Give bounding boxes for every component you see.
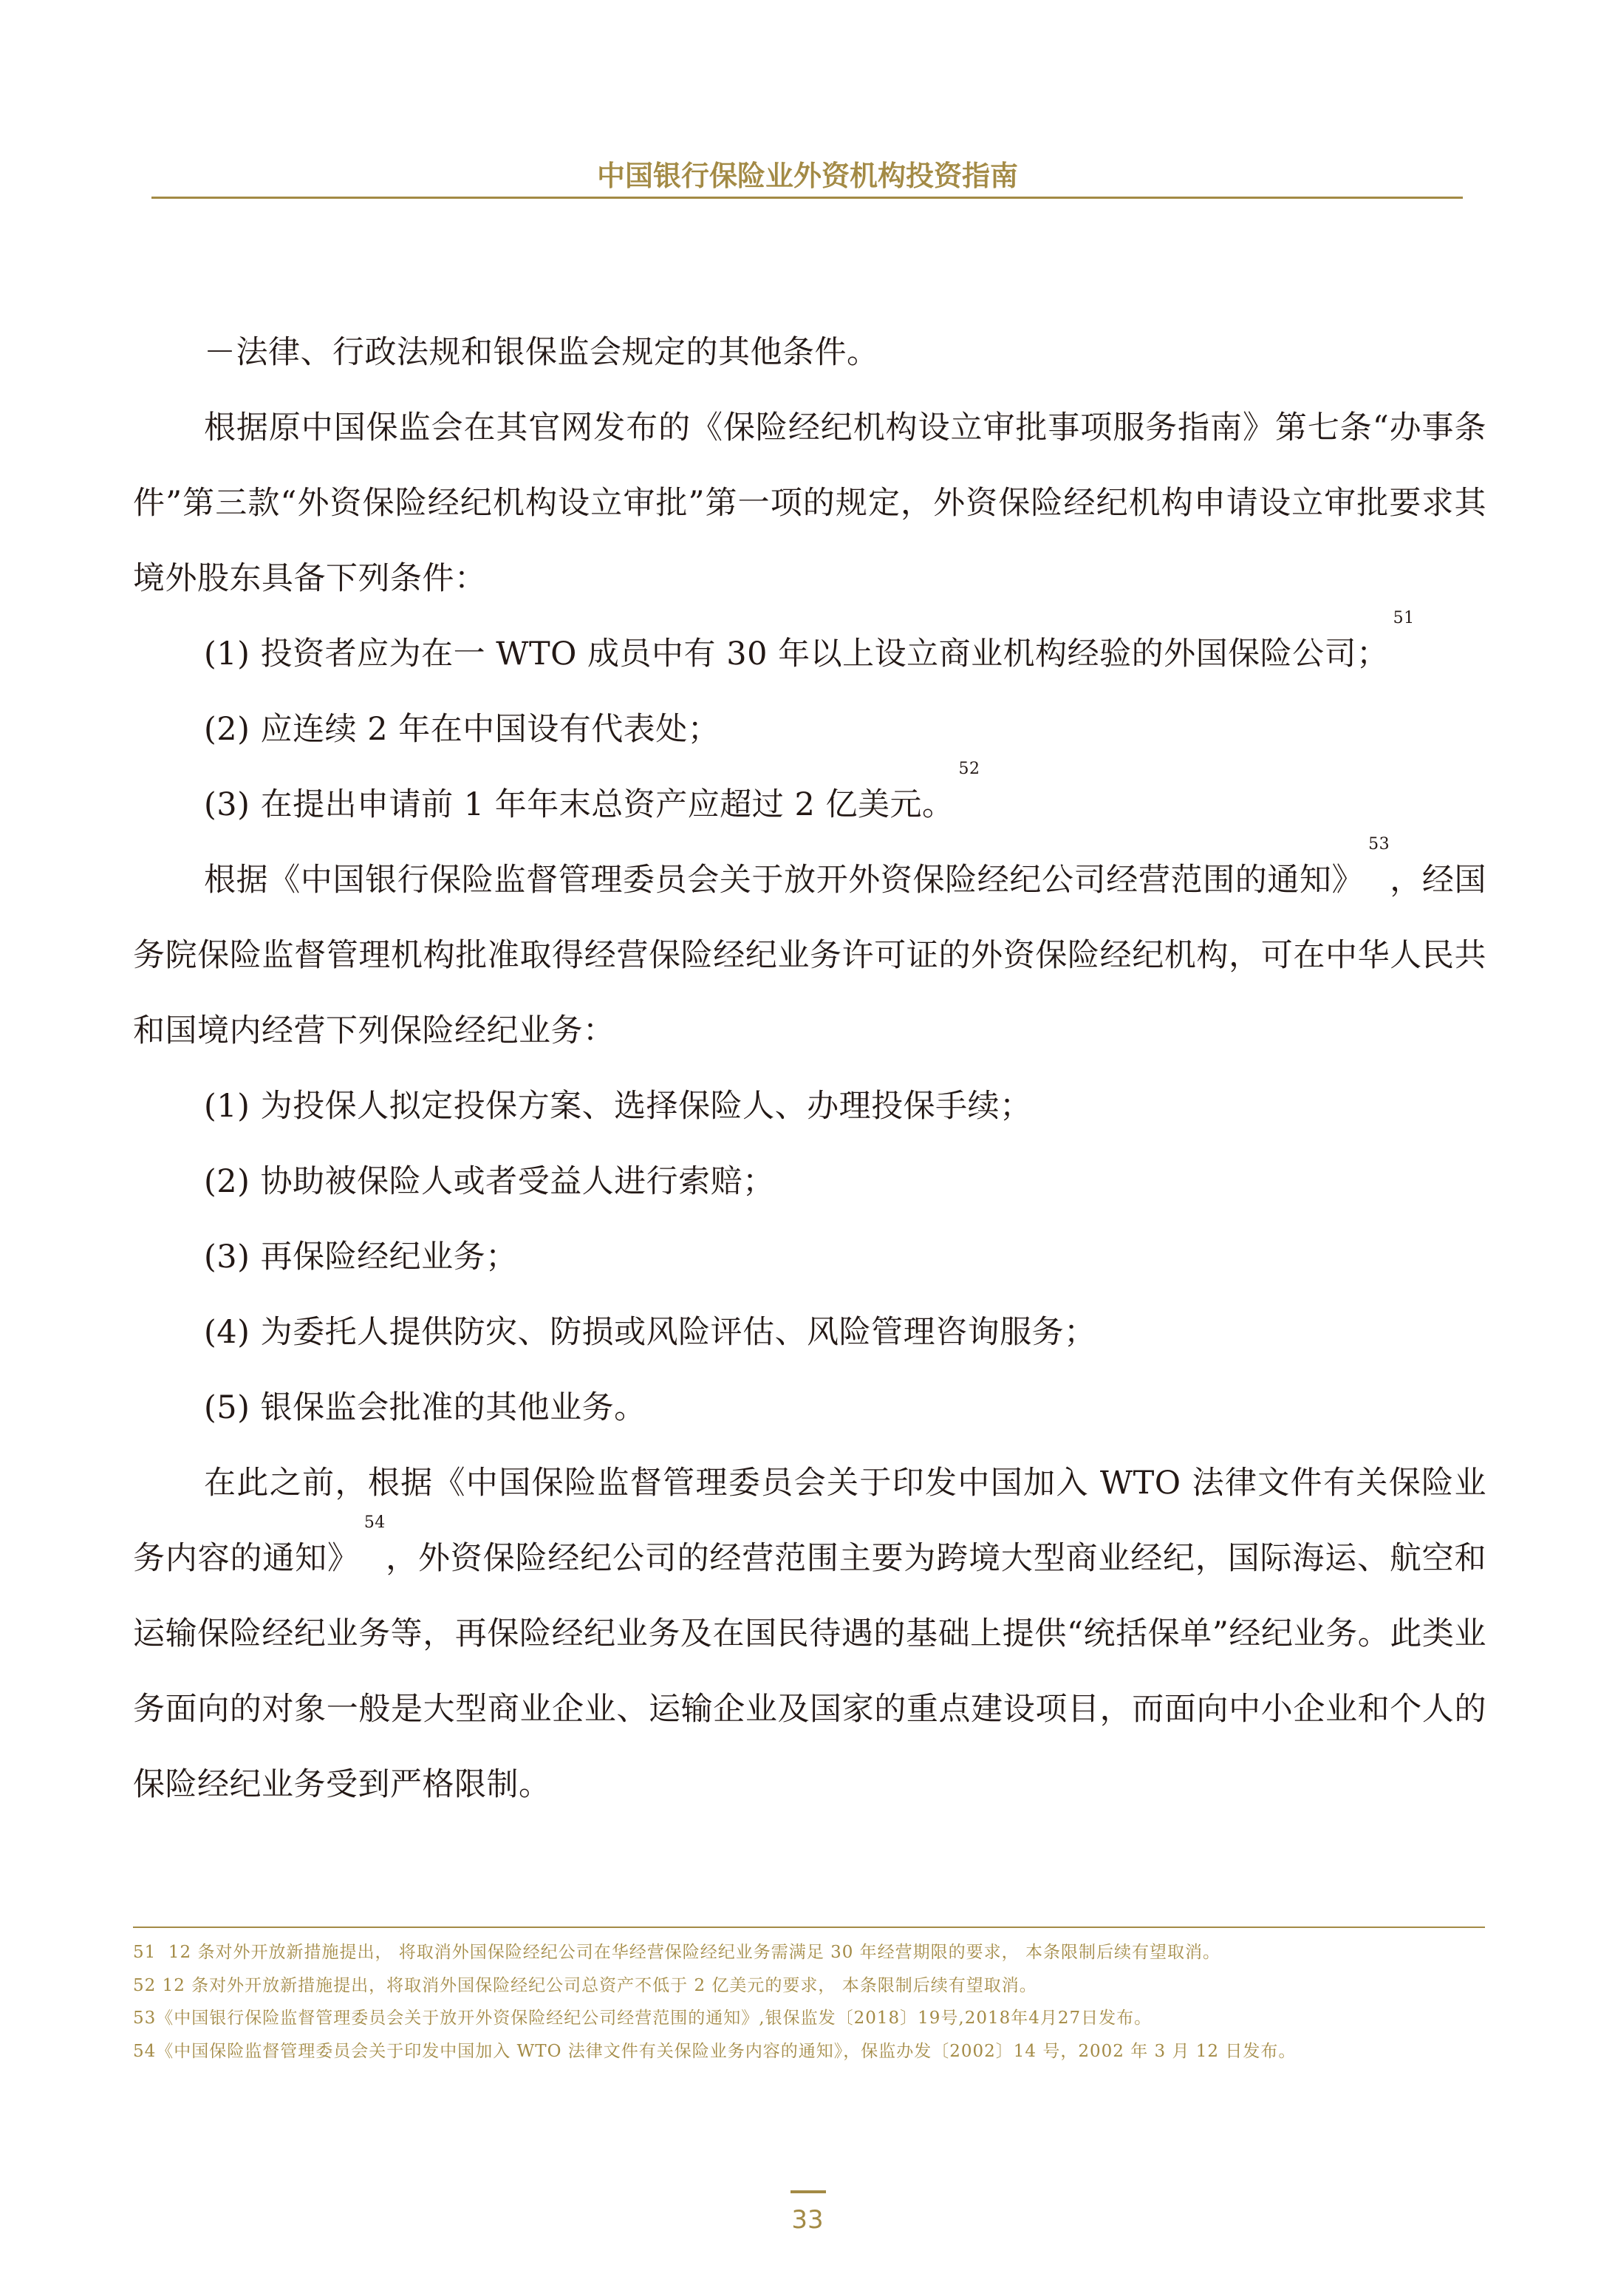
footnote-number: 53 (133, 2009, 156, 2028)
footnote-ref-54[interactable]: 54 (364, 1513, 386, 1532)
footnote-text: 12 条对外开放新措施提出，将取消外国保险经纪公司总资产不低于 2 亿美元的要求… (163, 1976, 1037, 1995)
list-item-condition-2: (2) 应连续 2 年在中国设有代表处； (133, 692, 1486, 767)
page-number-bar (791, 2190, 826, 2193)
running-header-title: 中国银行保险业外资机构投资指南 (0, 154, 1615, 198)
footnote-ref-53[interactable]: 53 (1368, 835, 1390, 854)
paragraph-text: (4) 为委托人提供防灾、防损或风险评估、风险管理咨询服务； (204, 1314, 1096, 1351)
paragraph-text: (3) 在提出申请前 1 年年末总资产应超过 2 亿美元。 (204, 786, 954, 823)
footnote-text: 《中国银行保险监督管理委员会关于放开外资保险经纪公司经营范围的通知》,银保监发〔… (156, 2009, 1152, 2028)
paragraph-text: (2) 应连续 2 年在中国设有代表处； (204, 711, 720, 748)
footnotes: 51 12 条对外开放新措施提出， 将取消外国保险经纪公司在华经营保险经纪业务需… (133, 1936, 1485, 2068)
footnote-text: 《中国保险监督管理委员会关于印发中国加入 WTO 法律文件有关保险业务内容的通知… (156, 2042, 1296, 2061)
list-item-business-1: (1) 为投保人拟定投保方案、选择保险人、办理投保手续； (133, 1069, 1486, 1144)
footnote-54: 54《中国保险监督管理委员会关于印发中国加入 WTO 法律文件有关保险业务内容的… (133, 2035, 1485, 2068)
footnote-divider (133, 1927, 1485, 1928)
footnote-ref-52[interactable]: 52 (958, 760, 980, 778)
paragraph-text: 根据《中国银行保险监督管理委员会关于放开外资保险经纪公司经营范围的通知》 (204, 862, 1364, 899)
paragraph-text: (1) 为投保人拟定投保方案、选择保险人、办理投保手续； (204, 1088, 1032, 1125)
paragraph-text: 根据原中国保监会在其官网发布的《保险经纪机构设立审批事项服务指南》第七条“办事条… (133, 409, 1486, 597)
footnote-51: 51 12 条对外开放新措施提出， 将取消外国保险经纪公司在华经营保险经纪业务需… (133, 1936, 1485, 1969)
footnote-53: 53《中国银行保险监督管理委员会关于放开外资保险经纪公司经营范围的通知》,银保监… (133, 2002, 1485, 2035)
list-item-business-5: (5) 银保监会批准的其他业务。 (133, 1370, 1486, 1445)
page-number: 33 (0, 2204, 1615, 2236)
list-item-business-4: (4) 为委托人提供防灾、防损或风险评估、风险管理咨询服务； (133, 1295, 1486, 1370)
paragraph-wto-notice: 在此之前，根据《中国保险监督管理委员会关于印发中国加入 WTO 法律文件有关保险… (133, 1445, 1486, 1822)
header-divider (151, 197, 1463, 199)
list-item-condition-3: (3) 在提出申请前 1 年年末总资产应超过 2 亿美元。52 (133, 767, 1486, 842)
paragraph-text: －法律、行政法规和银保监会规定的其他条件。 (204, 334, 879, 371)
list-item-business-2: (2) 协助被保险人或者受益人进行索赔； (133, 1144, 1486, 1219)
footnote-number: 51 (133, 1943, 156, 1962)
footnote-number: 52 (133, 1976, 156, 1995)
list-item-condition-1: (1) 投资者应为在一 WTO 成员中有 30 年以上设立商业机构经验的外国保险… (133, 616, 1486, 692)
paragraph-cbirc-notice: 根据《中国银行保险监督管理委员会关于放开外资保险经纪公司经营范围的通知》53，经… (133, 842, 1486, 1069)
footnote-number: 54 (133, 2042, 156, 2061)
footnote-text: 12 条对外开放新措施提出， 将取消外国保险经纪公司在华经营保险经纪业务需满足 … (168, 1943, 1220, 1962)
list-item-business-3: (3) 再保险经纪业务； (133, 1219, 1486, 1295)
paragraph-other-conditions: －法律、行政法规和银保监会规定的其他条件。 (133, 315, 1486, 390)
paragraph-text: (1) 投资者应为在一 WTO 成员中有 30 年以上设立商业机构经验的外国保险… (204, 636, 1389, 672)
paragraph-text: ，外资保险经纪公司的经营范围主要为跨境大型商业经纪，国际海运、航空和运输保险经纪… (133, 1540, 1486, 1803)
paragraph-circ-guide: 根据原中国保监会在其官网发布的《保险经纪机构设立审批事项服务指南》第七条“办事条… (133, 390, 1486, 616)
paragraph-text: (5) 银保监会批准的其他业务。 (204, 1389, 646, 1426)
footnote-52: 52 12 条对外开放新措施提出，将取消外国保险经纪公司总资产不低于 2 亿美元… (133, 1969, 1485, 2003)
body-text: －法律、行政法规和银保监会规定的其他条件。 根据原中国保监会在其官网发布的《保险… (133, 315, 1486, 1822)
paragraph-text: (3) 再保险经纪业务； (204, 1239, 518, 1275)
footnote-ref-51[interactable]: 51 (1393, 609, 1415, 627)
paragraph-text: (2) 协助被保险人或者受益人进行索赔； (204, 1163, 775, 1200)
